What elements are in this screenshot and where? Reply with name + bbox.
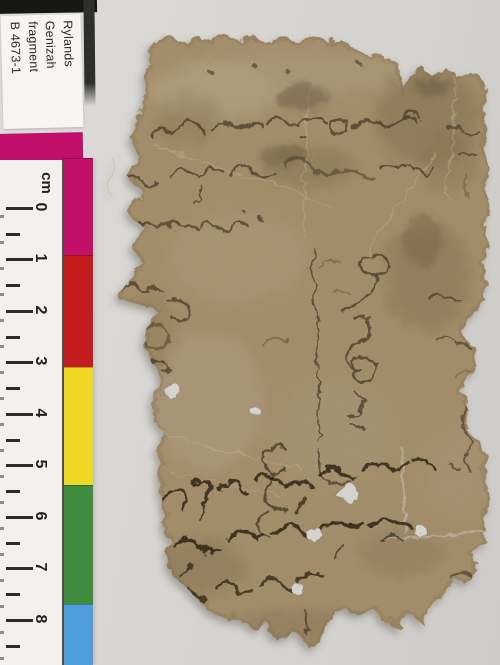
ruler-number: 5 <box>31 455 49 473</box>
ruler-tick-half <box>6 284 20 287</box>
ruler-number: 0 <box>31 198 49 216</box>
color-patch-green <box>62 485 93 604</box>
ruler-tick-major <box>6 516 33 519</box>
ruler-tick-half <box>6 490 20 493</box>
ruler-tick-major <box>6 619 33 622</box>
ruler-edge-tick <box>0 241 4 244</box>
ruler-tick-half <box>6 439 20 442</box>
label-line-collection: Genizah <box>41 20 61 122</box>
ruler-unit-label: cm <box>36 172 58 194</box>
stray-fibre <box>107 158 114 196</box>
color-patch-magenta <box>62 158 93 255</box>
ruler-edge-tick <box>0 293 4 296</box>
ruler-edge-tick <box>0 423 4 426</box>
ruler-tick-half <box>6 542 20 545</box>
ruler-tick-half <box>6 387 20 390</box>
ruler-card: cm 0 1 <box>0 160 64 665</box>
ruler-edge-tick <box>0 553 4 556</box>
ruler-tick-major <box>6 310 33 313</box>
color-patch-blue <box>62 604 93 665</box>
ruler-tick-half <box>6 233 20 236</box>
ruler-number: 3 <box>31 352 49 370</box>
ruler-edge-tick <box>0 475 4 478</box>
label-line-collection: Rylands <box>58 20 78 122</box>
ruler-edge-tick <box>0 371 4 374</box>
ruler-number: 2 <box>31 301 49 319</box>
ruler-edge-tick <box>0 319 4 322</box>
ruler-tick-major <box>6 361 33 364</box>
photograph-scene: Rylands Genizah fragment B 4673-1 cm <box>0 0 500 665</box>
ruler-tick-half <box>6 645 20 648</box>
ruler-edge-tick <box>0 397 4 400</box>
ruler-tick-major <box>6 207 33 210</box>
ruler-number: 1 <box>31 249 49 267</box>
ruler-tick-half <box>6 336 20 339</box>
ruler-edge-tick <box>0 345 4 348</box>
ruler-edge-tick <box>0 657 4 660</box>
label-edge-shadow-strip <box>83 0 95 106</box>
ruler-tick-major <box>6 413 33 416</box>
ruler-number: 8 <box>31 610 49 628</box>
ruler-tick-major <box>6 567 33 570</box>
ruler-edge-tick <box>0 267 4 270</box>
ruler-edge-tick <box>0 631 4 634</box>
fragment-body <box>100 25 500 665</box>
color-patch-yellow <box>62 367 93 485</box>
ruler-edge-tick <box>0 605 4 608</box>
ruler-edge-tick <box>0 449 4 452</box>
shelfmark-label: Rylands Genizah fragment B 4673-1 <box>1 14 84 129</box>
color-patch-red <box>62 255 93 367</box>
ruler-number: 6 <box>31 507 49 525</box>
ruler-edge-tick <box>0 501 4 504</box>
ruler-edge-tick <box>0 527 4 530</box>
ruler-tick-major <box>6 464 33 467</box>
ruler-tick-major <box>6 258 33 261</box>
color-calibration-bar <box>62 158 93 665</box>
label-line-shelfmark: B 4673-1 <box>6 21 26 123</box>
ruler-tick-half <box>6 593 20 596</box>
ruler-edge-tick <box>0 579 4 582</box>
ruler-number: 7 <box>31 558 49 576</box>
ruler-number: 4 <box>31 404 49 422</box>
label-line-type: fragment <box>23 21 43 123</box>
shelfmark-label-text: Rylands Genizah fragment B 4673-1 <box>6 20 79 124</box>
ruler-edge-tick <box>0 215 4 218</box>
